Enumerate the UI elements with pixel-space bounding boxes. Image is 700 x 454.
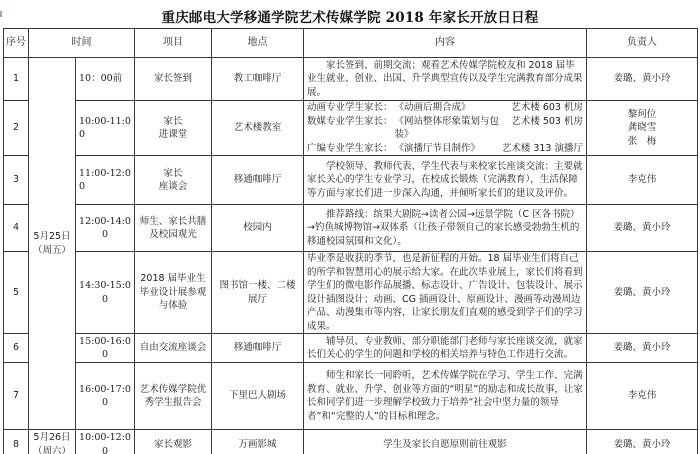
row-seq: 1 bbox=[4, 58, 29, 101]
row-time: 11:00-12:00 bbox=[76, 156, 135, 205]
header-owner: 负责人 bbox=[587, 29, 698, 58]
header-seq: 序号 bbox=[4, 29, 29, 58]
row-content: 推荐路线：缤果大剧院→读者公园→远景学院（C 区各书院）→钓鱼城博物馆→双体系（… bbox=[304, 205, 587, 252]
row-location: 教工咖啡厅 bbox=[212, 58, 304, 101]
row-item: 家长观影 bbox=[135, 430, 212, 454]
row-time: 15:00-16:00 bbox=[76, 334, 135, 363]
row-content: 家长签到、前期交流；观看艺术传媒学院校友和 2018 届毕业生就业、创业、出国、… bbox=[304, 58, 587, 101]
row-content: 学校领导、教师代表、学生代表与来校家长座谈交流：主要就家长关心的学生专业学习，在… bbox=[304, 156, 587, 205]
row-owner: 黎珂位 龚晓雪 张 梅 bbox=[587, 101, 698, 156]
table-row: 6 15:00-16:00 自由交流座谈会 移通咖啡厅 辅导员、专业教师、部分职… bbox=[4, 334, 698, 363]
row-seq: 8 bbox=[4, 430, 29, 454]
header-location: 地点 bbox=[212, 29, 304, 58]
table-row: 2 10:00-11:00 家长 进课堂 艺术楼教室 动画专业学生家长： 《动画… bbox=[4, 101, 698, 156]
course-list: 动画专业学生家长： 《动画后期合成》 艺术楼 603 机房 数媒专业学生家长： … bbox=[307, 101, 583, 155]
row-time: 10：00前 bbox=[76, 58, 135, 101]
row-item: 自由交流座谈会 bbox=[135, 334, 212, 363]
row-item: 家长签到 bbox=[135, 58, 212, 101]
table-row: 3 11:00-12:00 家长 座谈会 移通咖啡厅 学校领导、教师代表、学生代… bbox=[4, 156, 698, 205]
row-item: 艺术传媒学院优 秀学生报告会 bbox=[135, 363, 212, 430]
header-content: 内容 bbox=[304, 29, 587, 58]
date-cell-may25: 5月25日 （周五） bbox=[29, 58, 76, 430]
row-seq: 3 bbox=[4, 156, 29, 205]
header-time: 时间 bbox=[29, 29, 135, 58]
weekday-label: （周五） bbox=[32, 244, 72, 258]
table-row: 7 16:00-17:00 艺术传媒学院优 秀学生报告会 下里巴人剧场 师生和家… bbox=[4, 363, 698, 430]
row-location: 下里巴人剧场 bbox=[212, 363, 304, 430]
row-seq: 7 bbox=[4, 363, 29, 430]
row-seq: 2 bbox=[4, 101, 29, 156]
row-time: 10:00-12:00 bbox=[76, 430, 135, 454]
row-content: 辅导员、专业教师、部分职能部门老师与家长座谈交流，就家长们关心的学生的问题和学校… bbox=[304, 334, 587, 363]
weekday-label: （周六） bbox=[32, 445, 72, 454]
row-time: 12:00-14:00 bbox=[76, 205, 135, 252]
row-owner: 姜璐、黄小玲 bbox=[587, 252, 698, 334]
row-owner: 姜璐、黄小玲 bbox=[587, 205, 698, 252]
header-item: 项目 bbox=[135, 29, 212, 58]
date-cell-may26: 5月26日 （周六） bbox=[29, 430, 76, 454]
row-time: 10:00-11:00 bbox=[76, 101, 135, 156]
row-owner: 姜璐、黄小玲 bbox=[587, 430, 698, 454]
table-row: 1 5月25日 （周五） 10：00前 家长签到 教工咖啡厅 家长签到、前期交流… bbox=[4, 58, 698, 101]
row-owner: 李克伟 bbox=[587, 156, 698, 205]
row-seq: 4 bbox=[4, 205, 29, 252]
row-location: 艺术楼教室 bbox=[212, 101, 304, 156]
date-label: 5月26日 bbox=[32, 431, 72, 445]
row-item: 家长 座谈会 bbox=[135, 156, 212, 205]
row-item: 师生、家长共膳 及校园观光 bbox=[135, 205, 212, 252]
table-row: 8 5月26日 （周六） 10:00-12:00 家长观影 万画影城 学生及家长… bbox=[4, 430, 698, 454]
row-item: 家长 进课堂 bbox=[135, 101, 212, 156]
row-content: 毕业季是收获的季节，也是新征程的开始。18 届毕业生们将自己的所学和智慧用心的展… bbox=[304, 252, 587, 334]
page-title: 重庆邮电大学移通学院艺术传媒学院 2018 年家长开放日日程 bbox=[0, 6, 700, 26]
table-row: 4 12:00-14:00 师生、家长共膳 及校园观光 校园内 推荐路线：缤果大… bbox=[4, 205, 698, 252]
row-owner: 姜璐、黄小玲 bbox=[587, 334, 698, 363]
row-owner: 姜璐、黄小玲 bbox=[587, 58, 698, 101]
table-row: 5 14:30-15:00 2018 届毕业生 毕业设计展参观 与体验 图书馆一… bbox=[4, 252, 698, 334]
row-seq: 6 bbox=[4, 334, 29, 363]
row-location: 万画影城 bbox=[212, 430, 304, 454]
row-item: 2018 届毕业生 毕业设计展参观 与体验 bbox=[135, 252, 212, 334]
row-location: 校园内 bbox=[212, 205, 304, 252]
row-seq: 5 bbox=[4, 252, 29, 334]
date-label: 5月25日 bbox=[32, 230, 72, 244]
row-owner: 李克伟 bbox=[587, 363, 698, 430]
row-content: 学生及家长自愿原则前往观影 bbox=[304, 430, 587, 454]
row-location: 移通咖啡厅 bbox=[212, 334, 304, 363]
row-content: 师生和家长一同聆听，艺术传媒学院在学习、学生工作、完满教育、就业、升学、创业等方… bbox=[304, 363, 587, 430]
row-location: 移通咖啡厅 bbox=[212, 156, 304, 205]
header-row: 序号 时间 项目 地点 内容 负责人 bbox=[4, 29, 698, 58]
row-time: 14:30-15:00 bbox=[76, 252, 135, 334]
row-content: 动画专业学生家长： 《动画后期合成》 艺术楼 603 机房 数媒专业学生家长： … bbox=[304, 101, 587, 156]
row-location: 图书馆一楼、二楼 展厅 bbox=[212, 252, 304, 334]
schedule-table: 序号 时间 项目 地点 内容 负责人 1 5月25日 （周五） 10：00前 家… bbox=[3, 28, 698, 454]
row-time: 16:00-17:00 bbox=[76, 363, 135, 430]
